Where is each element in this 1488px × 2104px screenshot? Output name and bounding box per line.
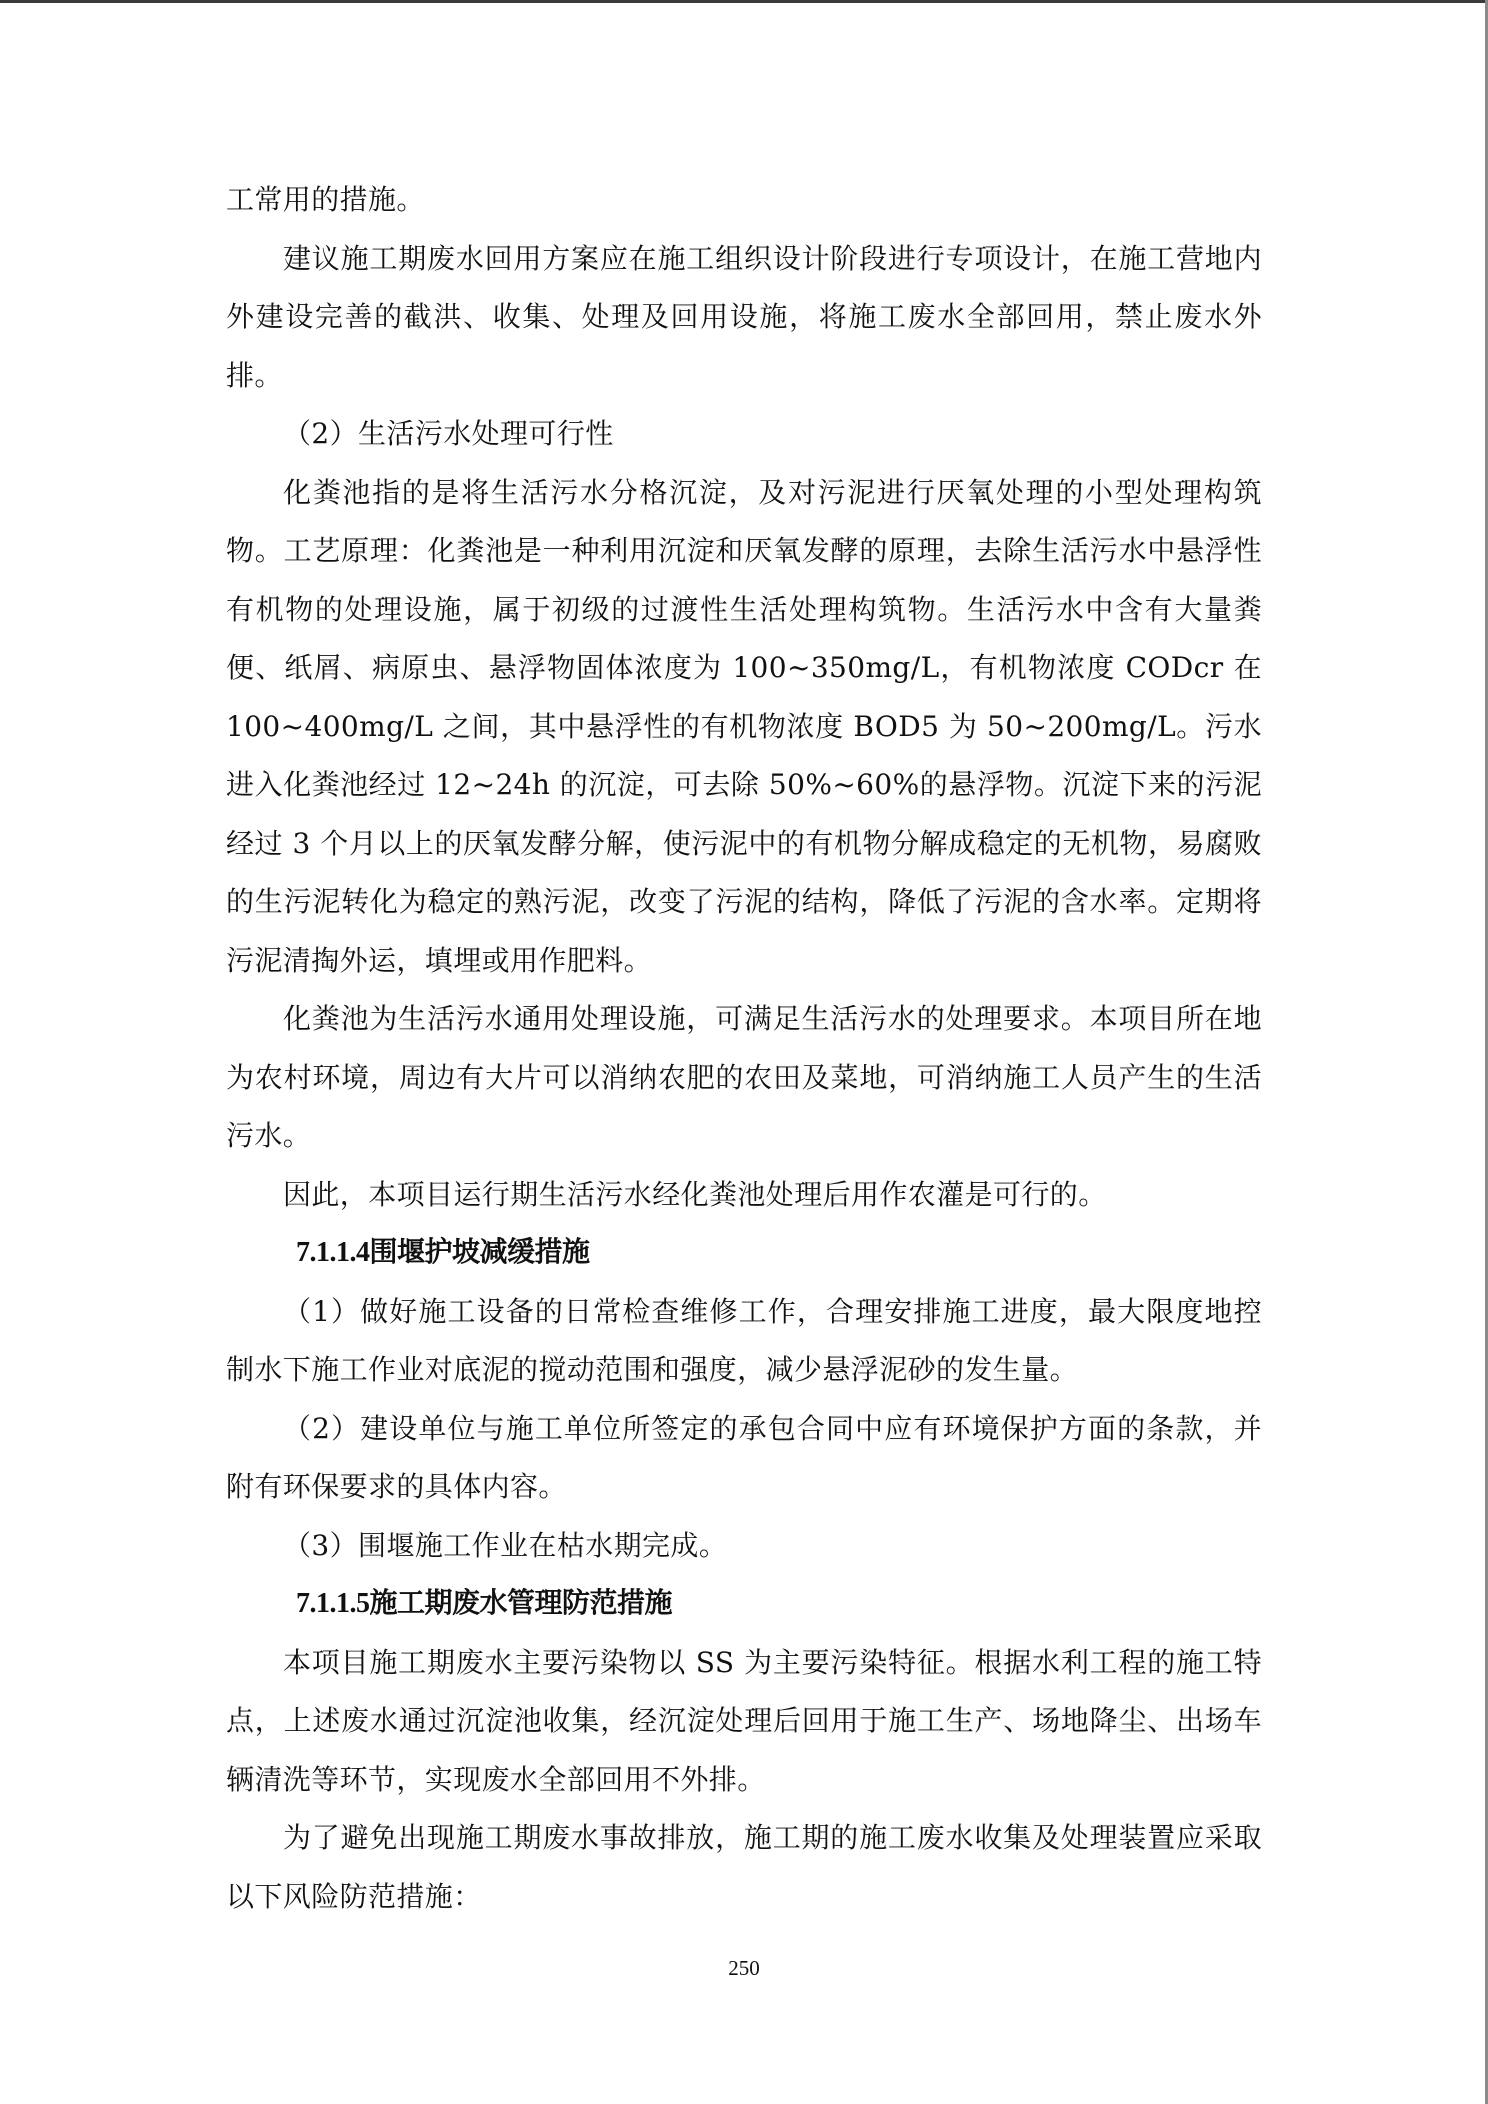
- list-item-3: （3）围堰施工作业在枯水期完成。: [226, 1517, 1262, 1576]
- paragraph-risk-prevention: 为了避免出现施工期废水事故排放，施工期的施工废水收集及处理装置应采取以下风险防范…: [226, 1809, 1262, 1926]
- section-title: 施工期废水管理防范措施: [370, 1588, 673, 1619]
- list-item-2: （2）建设单位与施工单位所签定的承包合同中应有环境保护方面的条款，并附有环保要求…: [226, 1400, 1262, 1517]
- subsection-domestic-sewage-feasibility: （2）生活污水处理可行性: [226, 405, 1262, 464]
- page-content: 工常用的措施。 建议施工期废水回用方案应在施工组织设计阶段进行专项设计，在施工营…: [226, 171, 1262, 1926]
- page-top-border: [0, 0, 1488, 3]
- list-item-1: （1）做好施工设备的日常检查维修工作，合理安排施工进度，最大限度地控制水下施工作…: [226, 1283, 1262, 1400]
- section-number: 7.1.1.5: [296, 1588, 370, 1619]
- paragraph-wastewater-reuse: 建议施工期废水回用方案应在施工组织设计阶段进行专项设计，在施工营地内外建设完善的…: [226, 230, 1262, 406]
- section-number: 7.1.1.4: [296, 1237, 370, 1268]
- paragraph-continuation: 工常用的措施。: [226, 171, 1262, 230]
- paragraph-construction-wastewater: 本项目施工期废水主要污染物以 SS 为主要污染特征。根据水利工程的施工特点，上述…: [226, 1634, 1262, 1810]
- section-heading-7-1-1-4: 7.1.1.4围堰护坡减缓措施: [226, 1224, 1262, 1283]
- section-title: 围堰护坡减缓措施: [370, 1237, 590, 1268]
- paragraph-conclusion: 因此，本项目运行期生活污水经化粪池处理后用作农灌是可行的。: [226, 1166, 1262, 1225]
- paragraph-septic-tank-general: 化粪池为生活污水通用处理设施，可满足生活污水的处理要求。本项目所在地为农村环境，…: [226, 990, 1262, 1166]
- section-heading-7-1-1-5: 7.1.1.5施工期废水管理防范措施: [226, 1575, 1262, 1634]
- paragraph-septic-tank-principle: 化粪池指的是将生活污水分格沉淀，及对污泥进行厌氧处理的小型处理构筑物。工艺原理：…: [226, 464, 1262, 991]
- page-number: 250: [0, 1956, 1488, 1981]
